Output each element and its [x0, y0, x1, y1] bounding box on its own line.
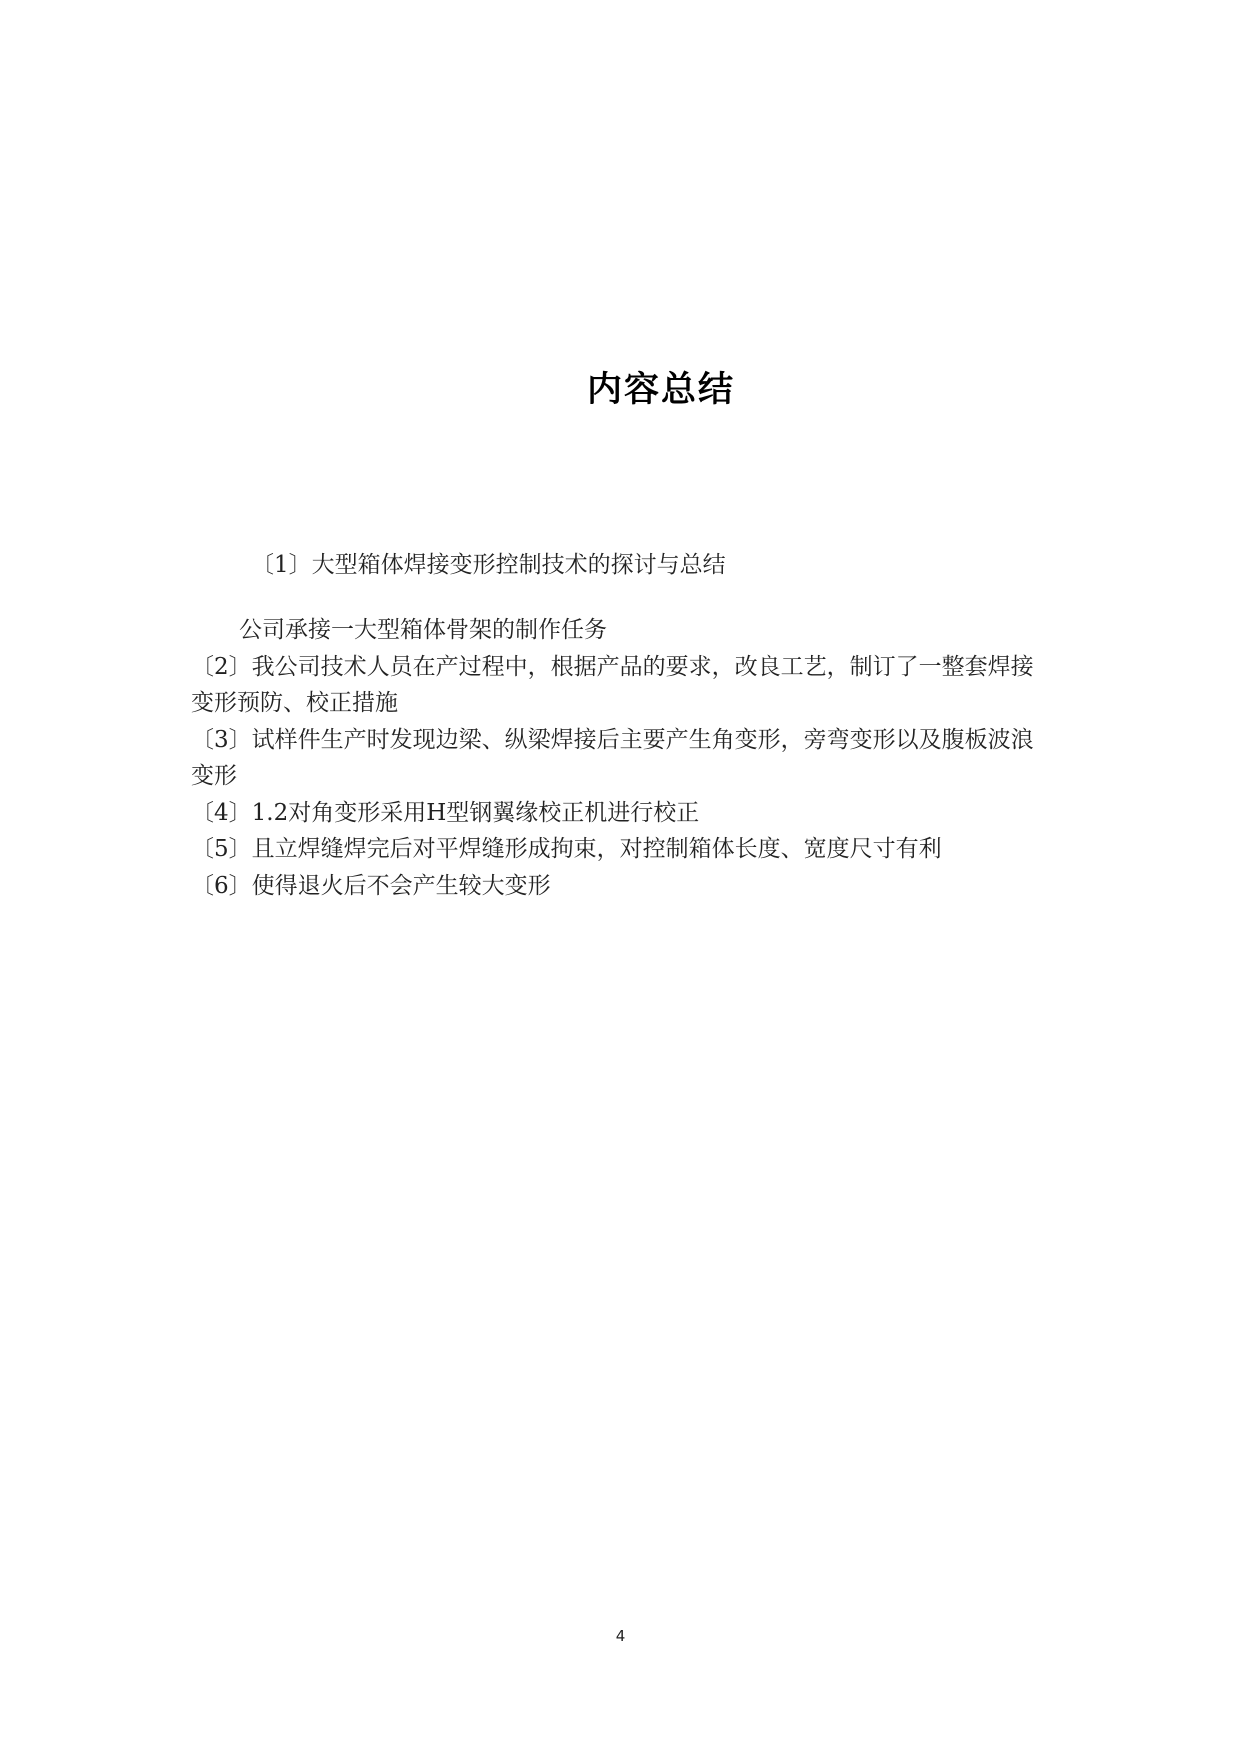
paragraph-item-6: 〔6〕使得退火后不会产生较大变形	[191, 868, 1051, 905]
paragraph-item-3: 〔3〕试样件生产时发现边梁、纵梁焊接后主要产生角变形，旁弯变形以及腹板波浪变形	[191, 722, 1051, 795]
page-title: 内容总结	[0, 362, 1241, 412]
paragraph-item-2: 〔2〕我公司技术人员在产过程中，根据产品的要求，改良工艺，制订了一整套焊接变形预…	[191, 649, 1051, 722]
paragraph-item-4: 〔4〕1.2对角变形采用H型钢翼缘校正机进行校正	[191, 795, 1051, 832]
paragraph-intro: 公司承接一大型箱体骨架的制作任务	[191, 612, 1051, 649]
summary-body: 公司承接一大型箱体骨架的制作任务 〔2〕我公司技术人员在产过程中，根据产品的要求…	[191, 612, 1051, 904]
page-number: 4	[0, 1627, 1241, 1645]
paragraph-item-5: 〔5〕且立焊缝焊完后对平焊缝形成拘束，对控制箱体长度、宽度尺寸有利	[191, 831, 1051, 868]
section-heading: 〔1〕大型箱体焊接变形控制技术的探讨与总结	[251, 546, 726, 579]
